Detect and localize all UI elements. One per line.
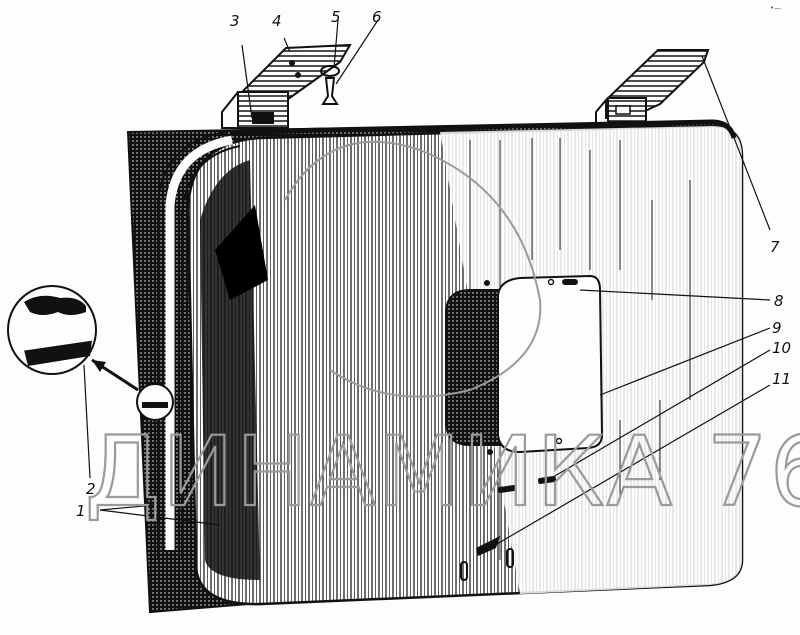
- callout-4: 4: [272, 12, 282, 30]
- watermark: ДИНАМИКА 76: [85, 416, 800, 528]
- callout-7: 7: [770, 238, 780, 256]
- callout-8: 8: [774, 292, 784, 310]
- callout-9: 9: [772, 319, 782, 337]
- callout-3: 3: [230, 12, 240, 30]
- technical-drawing: 3 4 5 6 7 8 9 10 11 2 1 ДИНАМИКА 76 •—: [0, 0, 800, 635]
- callout-6: 6: [372, 8, 382, 26]
- bracket-right: [596, 50, 708, 124]
- callout-10: 10: [772, 339, 791, 357]
- callout-5: 5: [331, 8, 341, 26]
- corner-mark: •—: [770, 4, 781, 12]
- callout-11: 11: [772, 370, 791, 388]
- diagram-canvas: 3 4 5 6 7 8 9 10 11 2 1 ДИНАМИКА 76 •—: [0, 0, 800, 635]
